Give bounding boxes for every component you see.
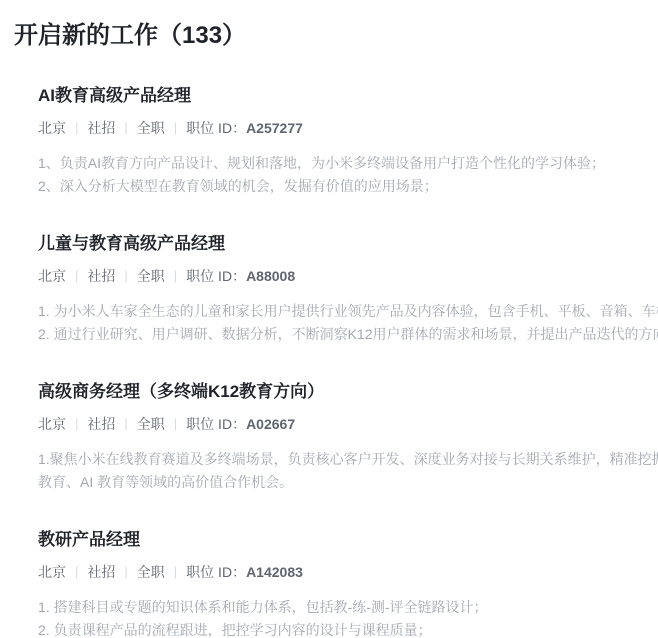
job-listing: 儿童与教育高级产品经理 北京 | 社招 | 全职 | 职位 ID：A88008 … (38, 232, 648, 346)
job-id: 职位 ID：A142083 (186, 562, 303, 582)
meta-separator: | (75, 414, 78, 434)
job-description: 1.聚焦小米在线教育赛道及多终端场景，负责核心客户开发、深度业务对接与长期关系维… (38, 448, 648, 494)
job-title[interactable]: 儿童与教育高级产品经理 (38, 232, 648, 255)
job-listing: 高级商务经理（多终端K12教育方向） 北京 | 社招 | 全职 | 职位 ID：… (38, 380, 648, 494)
job-location: 北京 (38, 118, 66, 138)
job-description-line: 2. 通过行业研究、用户调研、数据分析，不断洞察K12用户群体的需求和场景，并提… (38, 323, 648, 346)
job-id-value: A88008 (246, 268, 295, 284)
meta-separator: | (174, 562, 177, 582)
job-hire-type: 社招 (87, 118, 115, 138)
page-title: 开启新的工作（133） (14, 21, 648, 50)
job-meta: 北京 | 社招 | 全职 | 职位 ID：A142083 (38, 562, 648, 582)
job-listing: 教研产品经理 北京 | 社招 | 全职 | 职位 ID：A142083 1. 搭… (38, 528, 648, 638)
job-employment-type: 全职 (137, 266, 165, 286)
careers-page: 开启新的工作（133） AI教育高级产品经理 北京 | 社招 | 全职 | 职位… (0, 0, 658, 638)
job-location: 北京 (38, 414, 66, 434)
job-title[interactable]: 高级商务经理（多终端K12教育方向） (38, 380, 648, 403)
job-hire-type: 社招 (87, 266, 115, 286)
meta-separator: | (124, 562, 127, 582)
job-employment-type: 全职 (137, 562, 165, 582)
job-hire-type: 社招 (87, 414, 115, 434)
meta-separator: | (75, 118, 78, 138)
job-id-label: 职位 ID： (186, 120, 246, 136)
job-description: 1. 为小米人车家全生态的儿童和家长用户提供行业领先产品及内容体验，包含手机、平… (38, 300, 648, 346)
meta-separator: | (75, 266, 78, 286)
meta-separator: | (174, 118, 177, 138)
job-location: 北京 (38, 266, 66, 286)
job-id: 职位 ID：A257277 (186, 118, 303, 138)
job-description-line: 1.聚焦小米在线教育赛道及多终端场景，负责核心客户开发、深度业务对接与长期关系维… (38, 448, 648, 471)
job-id-value: A142083 (246, 564, 303, 580)
meta-separator: | (174, 266, 177, 286)
job-list: AI教育高级产品经理 北京 | 社招 | 全职 | 职位 ID：A257277 … (14, 84, 648, 638)
job-id: 职位 ID：A02667 (186, 414, 295, 434)
meta-separator: | (174, 414, 177, 434)
job-id-value: A02667 (246, 416, 295, 432)
job-id-value: A257277 (246, 120, 303, 136)
job-description-line: 2、深入分析大模型在教育领域的机会，发掘有价值的应用场景； (38, 175, 648, 198)
job-title[interactable]: 教研产品经理 (38, 528, 648, 551)
job-employment-type: 全职 (137, 118, 165, 138)
meta-separator: | (124, 118, 127, 138)
job-location: 北京 (38, 562, 66, 582)
job-meta: 北京 | 社招 | 全职 | 职位 ID：A02667 (38, 414, 648, 434)
job-employment-type: 全职 (137, 414, 165, 434)
job-title[interactable]: AI教育高级产品经理 (38, 84, 648, 107)
job-listing: AI教育高级产品经理 北京 | 社招 | 全职 | 职位 ID：A257277 … (38, 84, 648, 198)
job-hire-type: 社招 (87, 562, 115, 582)
job-description-line: 2. 负责课程产品的流程跟进，把控学习内容的设计与课程质量； (38, 619, 648, 638)
meta-separator: | (75, 562, 78, 582)
job-description-line: 教育、AI 教育等领域的高价值合作机会。 (38, 471, 648, 494)
meta-separator: | (124, 414, 127, 434)
job-description: 1. 搭建科目或专题的知识体系和能力体系，包括教-练-测-评全链路设计； 2. … (38, 596, 648, 638)
job-description: 1、负责AI教育方向产品设计、规划和落地，为小米多终端设备用户打造个性化的学习体… (38, 152, 648, 198)
job-meta: 北京 | 社招 | 全职 | 职位 ID：A257277 (38, 118, 648, 138)
meta-separator: | (124, 266, 127, 286)
job-description-line: 1、负责AI教育方向产品设计、规划和落地，为小米多终端设备用户打造个性化的学习体… (38, 152, 648, 175)
job-id-label: 职位 ID： (186, 268, 246, 284)
job-id-label: 职位 ID： (186, 416, 246, 432)
job-meta: 北京 | 社招 | 全职 | 职位 ID：A88008 (38, 266, 648, 286)
job-description-line: 1. 搭建科目或专题的知识体系和能力体系，包括教-练-测-评全链路设计； (38, 596, 648, 619)
job-id-label: 职位 ID： (186, 564, 246, 580)
job-description-line: 1. 为小米人车家全生态的儿童和家长用户提供行业领先产品及内容体验，包含手机、平… (38, 300, 648, 323)
job-id: 职位 ID：A88008 (186, 266, 295, 286)
